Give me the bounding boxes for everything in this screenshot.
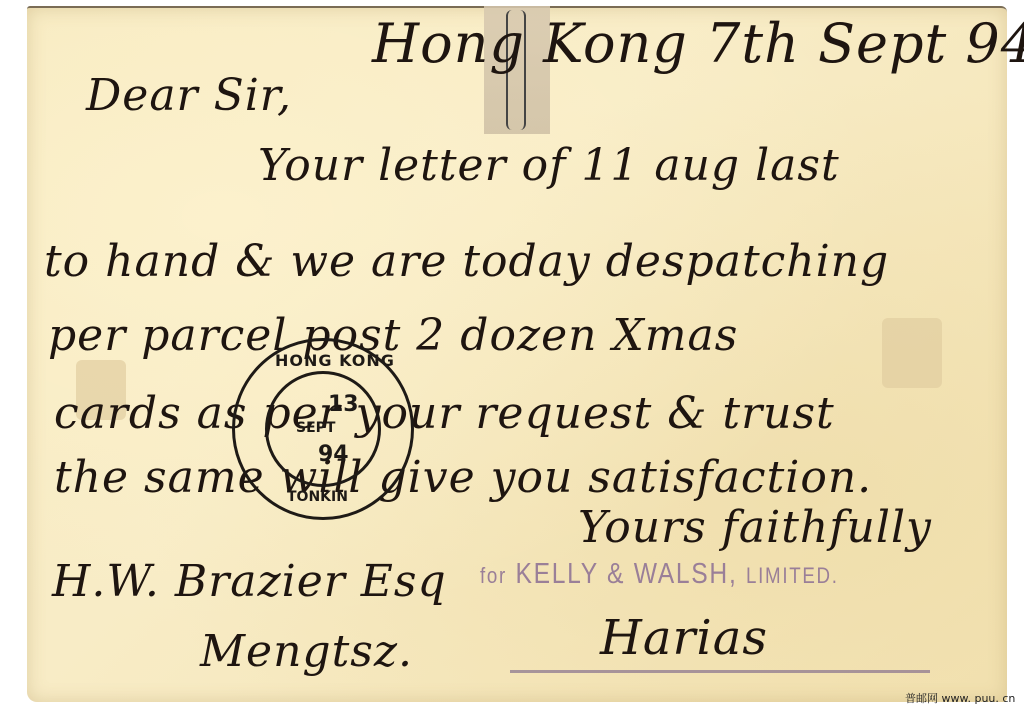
stamp-underline bbox=[510, 670, 930, 673]
addressee-location: Mengtsz. bbox=[200, 626, 413, 677]
tape-residue bbox=[882, 318, 942, 388]
stamp-company-name: KELLY & WALSH, bbox=[515, 558, 737, 590]
letter-header: Hong Kong 7th Sept 94 bbox=[372, 12, 1024, 75]
letter-salutation: Dear Sir, bbox=[86, 70, 292, 121]
postmark-inner-circle: 13 SEPT 94 bbox=[265, 371, 381, 487]
addressee-name: H.W. Brazier Esq bbox=[52, 556, 447, 607]
site-watermark: 普邮网 www. puu. cn bbox=[905, 690, 1015, 706]
signature: Harias bbox=[600, 610, 768, 666]
postmark-circle: HONG KONG 13 SEPT 94 TONKIN bbox=[232, 338, 414, 520]
stamp-prefix: for bbox=[480, 563, 507, 588]
postmark-bottom: TONKIN bbox=[287, 489, 348, 505]
postmark-month: SEPT bbox=[296, 420, 335, 436]
postmark-year: 94 bbox=[318, 442, 349, 467]
stamp-suffix: LIMITED. bbox=[746, 563, 839, 588]
letter-line-4: cards as per your request & trust bbox=[54, 388, 835, 439]
company-stamp: for KELLY & WALSH, LIMITED. bbox=[480, 558, 839, 591]
postmark-day: 13 bbox=[328, 392, 359, 417]
letter-line-1: Your letter of 11 aug last bbox=[258, 140, 840, 191]
letter-closing: Yours faithfully bbox=[578, 502, 932, 553]
letter-line-2: to hand & we are today despatching bbox=[44, 236, 889, 287]
postmark-top: HONG KONG bbox=[275, 351, 395, 370]
letter-line-5: the same will give you satisfaction. bbox=[54, 452, 872, 503]
